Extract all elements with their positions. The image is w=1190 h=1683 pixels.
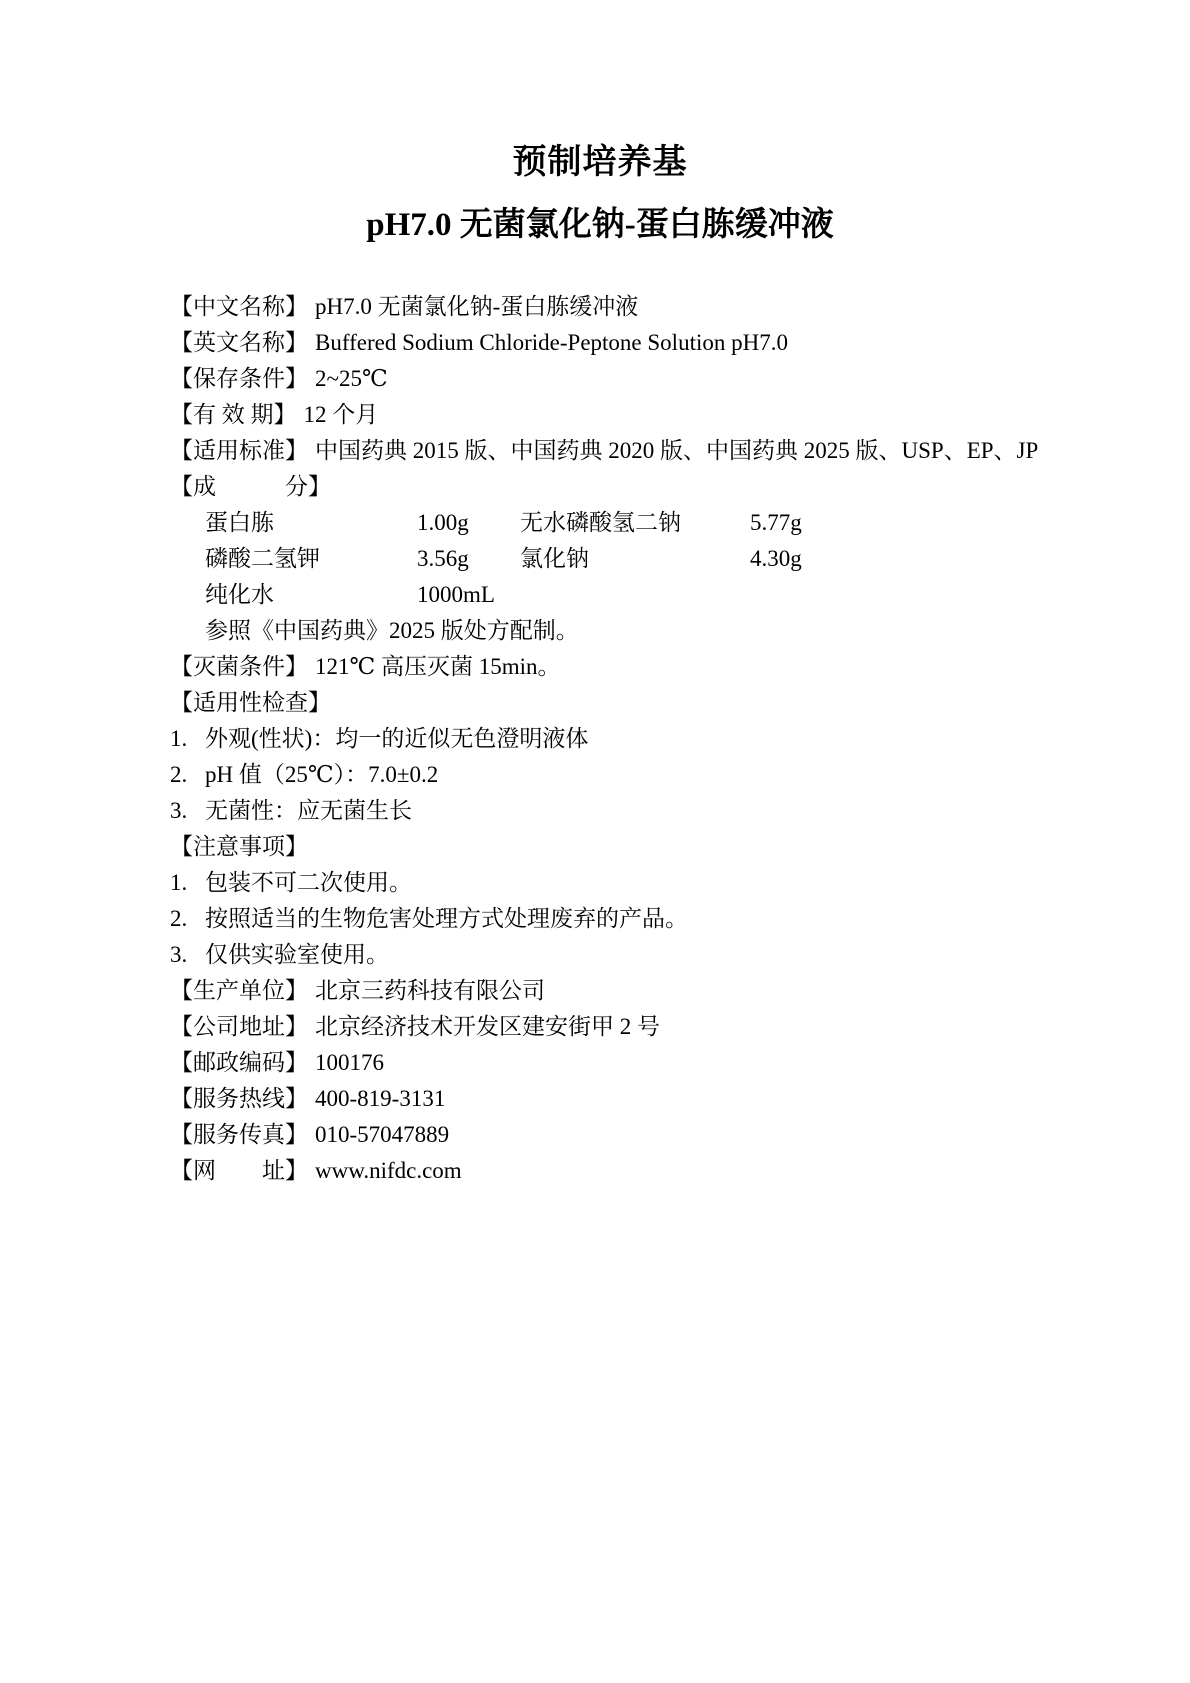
field-storage-condition: 【保存条件】2~25℃ [170, 361, 1030, 397]
field-label: 【灭菌条件】 [170, 649, 308, 685]
field-label: 【网 址】 [170, 1153, 308, 1189]
list-number: 2. [170, 757, 205, 793]
field-value: 北京经济技术开发区建安街甲 2 号 [315, 1014, 660, 1039]
field-value: 400-819-3131 [315, 1086, 445, 1111]
list-text: pH 值（25℃）：7.0±0.2 [205, 757, 1030, 793]
ingredient-name [520, 577, 750, 613]
precaution-item: 1. 包装不可二次使用。 [170, 865, 1030, 901]
list-number: 1. [170, 865, 205, 901]
precautions-heading: 【注意事项】 [170, 829, 1030, 865]
precaution-item: 3. 仅供实验室使用。 [170, 937, 1030, 973]
ingredient-amount: 4.30g [750, 541, 1030, 577]
composition-note: 参照《中国药典》2025 版处方配制。 [170, 613, 1030, 649]
field-value: 2~25℃ [315, 366, 388, 391]
list-number: 3. [170, 793, 205, 829]
ingredient-name: 纯化水 [205, 577, 417, 613]
list-text: 包装不可二次使用。 [205, 865, 1030, 901]
field-service-fax: 【服务传真】010-57047889 [170, 1117, 1030, 1153]
suitability-item: 2. pH 值（25℃）：7.0±0.2 [170, 757, 1030, 793]
field-label: 【生产单位】 [170, 973, 308, 1009]
field-label: 【中文名称】 [170, 289, 308, 325]
field-english-name: 【英文名称】Buffered Sodium Chloride-Peptone S… [170, 325, 1030, 361]
field-chinese-name: 【中文名称】pH7.0 无菌氯化钠-蛋白胨缓冲液 [170, 289, 1030, 325]
list-text: 按照适当的生物危害处理方式处理废弃的产品。 [205, 901, 1030, 937]
field-value: Buffered Sodium Chloride-Peptone Solutio… [315, 330, 788, 355]
field-value: 010-57047889 [315, 1122, 449, 1147]
suitability-item: 1. 外观(性状)：均一的近似无色澄明液体 [170, 721, 1030, 757]
composition-row: 磷酸二氢钾 3.56g 氯化钠 4.30g [170, 541, 1030, 577]
list-number: 2. [170, 901, 205, 937]
field-applicable-standards: 【适用标准】中国药典 2015 版、中国药典 2020 版、中国药典 2025 … [170, 433, 1030, 469]
list-text: 仅供实验室使用。 [205, 937, 1030, 973]
field-value: pH7.0 无菌氯化钠-蛋白胨缓冲液 [315, 294, 638, 319]
field-value: 12 个月 [304, 402, 379, 427]
field-label: 【有 效 期】 [170, 397, 297, 433]
field-service-hotline: 【服务热线】400-819-3131 [170, 1081, 1030, 1117]
list-number: 1. [170, 721, 205, 757]
ingredient-amount: 1.00g [417, 505, 520, 541]
ingredient-name: 氯化钠 [520, 541, 750, 577]
ingredient-name: 蛋白胨 [205, 505, 417, 541]
list-number: 3. [170, 937, 205, 973]
field-label: 【适用标准】 [170, 433, 308, 469]
suitability-item: 3. 无菌性：应无菌生长 [170, 793, 1030, 829]
field-label: 【邮政编码】 [170, 1045, 308, 1081]
list-text: 无菌性：应无菌生长 [205, 793, 1030, 829]
field-value: 100176 [315, 1050, 384, 1075]
ingredient-amount [750, 577, 1030, 613]
doc-subtitle: pH7.0 无菌氯化钠-蛋白胨缓冲液 [170, 205, 1030, 245]
composition-row: 蛋白胨 1.00g 无水磷酸氢二钠 5.77g [170, 505, 1030, 541]
list-text: 外观(性状)：均一的近似无色澄明液体 [205, 721, 1030, 757]
field-value: www.nifdc.com [315, 1158, 462, 1183]
doc-body: 【中文名称】pH7.0 无菌氯化钠-蛋白胨缓冲液 【英文名称】Buffered … [170, 289, 1030, 1189]
suitability-heading: 【适用性检查】 [170, 685, 1030, 721]
field-company-address: 【公司地址】北京经济技术开发区建安街甲 2 号 [170, 1009, 1030, 1045]
field-value: 中国药典 2015 版、中国药典 2020 版、中国药典 2025 版、USP、… [315, 438, 1038, 463]
field-postal-code: 【邮政编码】100176 [170, 1045, 1030, 1081]
precaution-item: 2. 按照适当的生物危害处理方式处理废弃的产品。 [170, 901, 1030, 937]
field-label: 【服务热线】 [170, 1081, 308, 1117]
composition-row: 纯化水 1000mL [170, 577, 1030, 613]
field-manufacturer: 【生产单位】北京三药科技有限公司 [170, 973, 1030, 1009]
ingredient-amount: 5.77g [750, 505, 1030, 541]
ingredient-amount: 1000mL [417, 577, 520, 613]
field-shelf-life: 【有 效 期】12 个月 [170, 397, 1030, 433]
ingredient-name: 磷酸二氢钾 [205, 541, 417, 577]
document-page: 预制培养基 pH7.0 无菌氯化钠-蛋白胨缓冲液 【中文名称】pH7.0 无菌氯… [0, 0, 1190, 1683]
field-website: 【网 址】www.nifdc.com [170, 1153, 1030, 1189]
ingredient-amount: 3.56g [417, 541, 520, 577]
field-label: 【服务传真】 [170, 1117, 308, 1153]
field-value: 北京三药科技有限公司 [315, 978, 545, 1003]
field-sterilization-condition: 【灭菌条件】121℃ 高压灭菌 15min。 [170, 649, 1030, 685]
field-label: 【英文名称】 [170, 325, 308, 361]
field-label: 【公司地址】 [170, 1009, 308, 1045]
ingredient-name: 无水磷酸氢二钠 [520, 505, 750, 541]
doc-title: 预制培养基 [170, 143, 1030, 183]
field-value: 121℃ 高压灭菌 15min。 [315, 654, 561, 679]
field-label: 【保存条件】 [170, 361, 308, 397]
composition-heading: 【成 分】 [170, 469, 1030, 505]
